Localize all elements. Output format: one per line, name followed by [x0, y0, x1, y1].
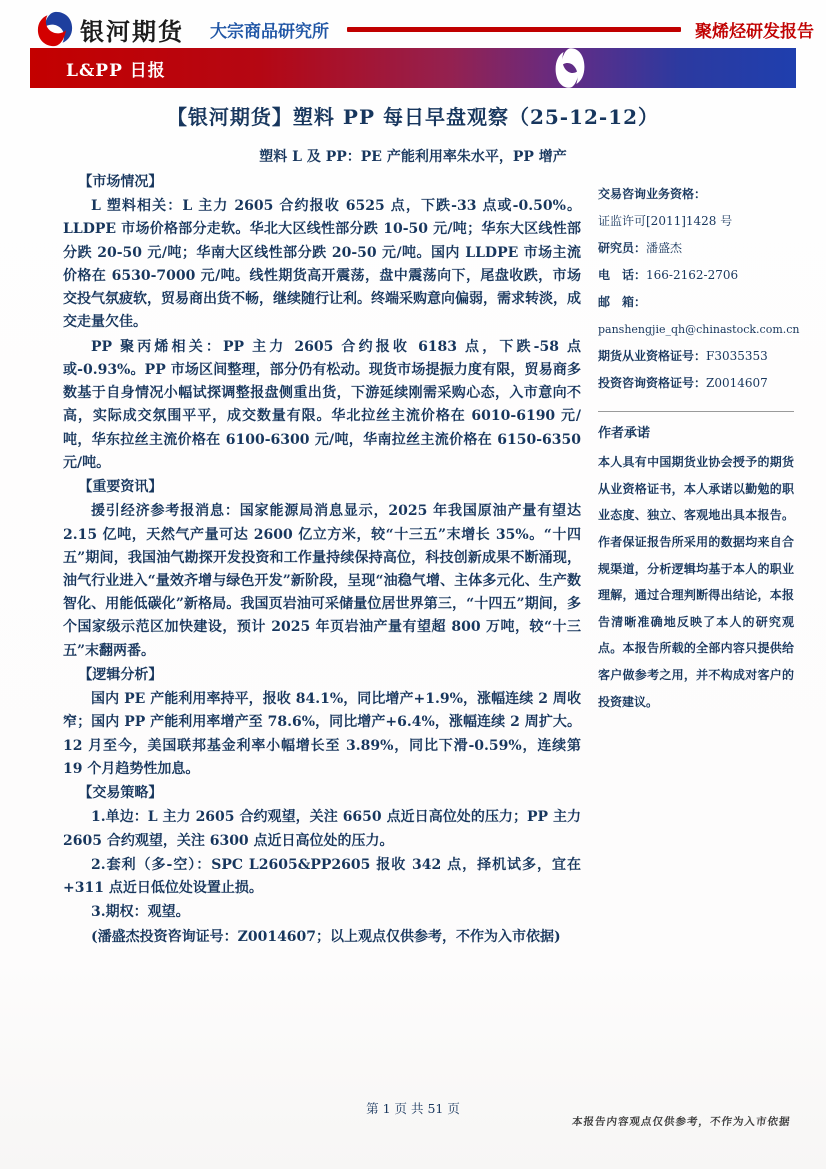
- section-heading: 【逻辑分析】: [63, 664, 581, 687]
- sidebar-contact-line: 邮 箱：: [598, 289, 794, 316]
- sidebar-divider: [598, 411, 794, 412]
- sidebar: 交易咨询业务资格：证监许可[2011]1428 号研究员：潘盛杰电 话：166-…: [598, 181, 794, 715]
- body-paragraph: PP 聚丙烯相关：PP 主力 2605 合约报收 6183 点，下跌-58 点或…: [63, 336, 581, 475]
- banner: L&PP 日报: [30, 48, 796, 88]
- author-promise-text: 本人具有中国期货业协会授予的期货从业资格证书，本人承诺以勤勉的职业态度、独立、客…: [598, 449, 794, 715]
- section-heading: 【重要资讯】: [63, 476, 581, 499]
- sidebar-contact-line: 研究员：潘盛杰: [598, 235, 794, 262]
- galaxy-swirl-icon: [36, 10, 74, 48]
- body-paragraph: 2.套利（多-空）：SPC L2605&PP2605 报收 342 点，择机试多…: [63, 854, 581, 900]
- sidebar-contact-block: 交易咨询业务资格：证监许可[2011]1428 号研究员：潘盛杰电 话：166-…: [598, 181, 794, 397]
- institute-name: 大宗商品研究所: [210, 17, 329, 42]
- report-page: 银河期货 大宗商品研究所 聚烯烃研发报告 L&PP 日报 【银河期货】塑料 PP…: [0, 0, 826, 1169]
- body-paragraph: (潘盛杰投资咨询证号：Z0014607；以上观点仅供参考，不作为入市依据): [63, 926, 581, 949]
- sidebar-contact-line: 电 话：166-2162-2706: [598, 262, 794, 289]
- sidebar-contact-line: 证监许可[2011]1428 号: [598, 208, 794, 235]
- sidebar-contact-line: 期货从业资格证号：F3035353: [598, 343, 794, 370]
- header-rule: [347, 27, 681, 32]
- footer-disclaimer: 本报告内容观点仅供参考，不作为入市依据: [571, 1114, 791, 1129]
- header: 银河期货 大宗商品研究所 聚烯烃研发报告: [36, 8, 816, 50]
- page-title: 【银河期货】塑料 PP 每日早盘观察（25-12-12）: [0, 101, 826, 130]
- body-paragraph: L 塑料相关：L 主力 2605 合约报收 6525 点，下跌-33 点或-0.…: [63, 195, 581, 334]
- body-paragraph: 3.期权：观望。: [63, 901, 581, 924]
- brand-name: 银河期货: [80, 12, 184, 47]
- sidebar-contact-line: panshengjie_qh@chinastock.com.cn: [598, 316, 794, 343]
- galaxy-swirl-white-icon: [554, 46, 586, 90]
- page-subtitle: 塑料 L 及 PP：PE 产能利用率朱水平，PP 增产: [0, 146, 826, 166]
- body-paragraph: 援引经济参考报消息：国家能源局消息显示，2025 年我国原油产量有望达 2.15…: [63, 500, 581, 663]
- section-heading: 【市场情况】: [63, 171, 581, 194]
- body-paragraph: 国内 PE 产能利用率持平，报收 84.1%，同比增产+1.9%，涨幅连续 2 …: [63, 688, 581, 781]
- author-promise-title: 作者承诺: [598, 422, 794, 441]
- report-tag: 聚烯烃研发报告: [695, 17, 814, 42]
- banner-title: L&PP 日报: [66, 56, 166, 81]
- report-body: 【市场情况】L 塑料相关：L 主力 2605 合约报收 6525 点，下跌-33…: [63, 170, 581, 950]
- sidebar-contact-line: 交易咨询业务资格：: [598, 181, 794, 208]
- section-heading: 【交易策略】: [63, 782, 581, 805]
- body-paragraph: 1.单边：L 主力 2605 合约观望，关注 6650 点近日高位处的压力；PP…: [63, 806, 581, 852]
- sidebar-contact-line: 投资咨询资格证号：Z0014607: [598, 370, 794, 397]
